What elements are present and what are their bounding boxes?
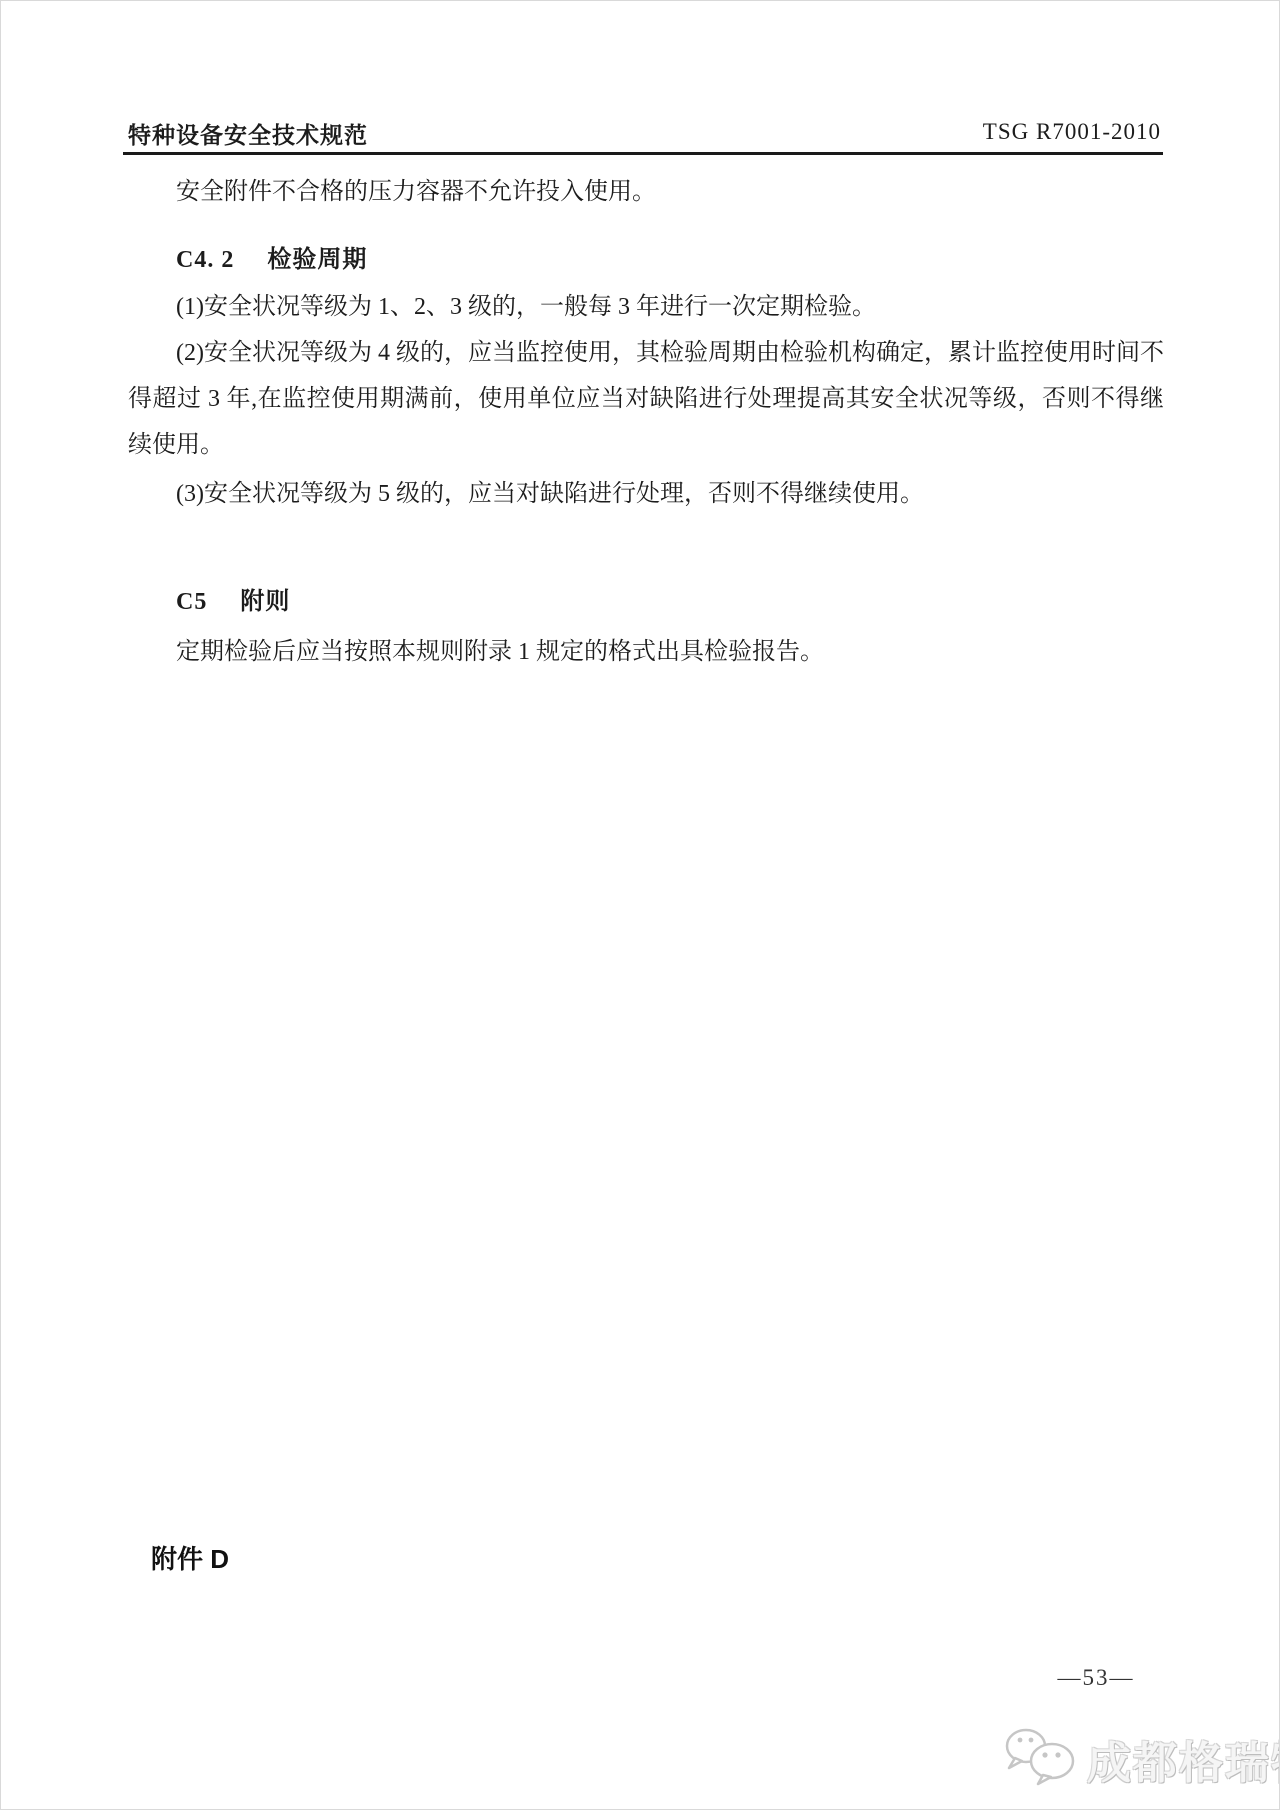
section-heading-c5: C5 附则 [128, 579, 1164, 625]
paragraph-item-2: (2)安全状况等级为 4 级的，应当监控使用，其检验周期由检验机构确定，累计监控… [128, 330, 1164, 468]
header-rule [123, 152, 1163, 155]
header-document-code: TSG R7001-2010 [983, 119, 1161, 145]
section-number-c42: C4. 2 [176, 247, 234, 273]
page-number: —53— [1046, 1665, 1146, 1691]
watermark: 成都格瑞特 [1003, 1725, 1280, 1792]
paragraph-item-1: (1)安全状况等级为 1、2、3 级的，一般每 3 年进行一次定期检验。 [128, 284, 1164, 330]
document-page: 特种设备安全技术规范 TSG R7001-2010 安全附件不合格的压力容器不允… [0, 0, 1280, 1810]
wechat-icon [1003, 1725, 1079, 1792]
paragraph-c5: 定期检验后应当按照本规则附录 1 规定的格式出具检验报告。 [128, 629, 1164, 675]
paragraph-intro: 安全附件不合格的压力容器不允许投入使用。 [128, 169, 1164, 215]
attachment-label: 附件 D [151, 1539, 229, 1576]
watermark-text: 成都格瑞特 [1087, 1727, 1280, 1791]
header-title: 特种设备安全技术规范 [128, 117, 368, 150]
section-heading-c42: C4. 2 检验周期 [128, 237, 1164, 283]
section-title-c42: 检验周期 [267, 247, 367, 273]
section-number-c5: C5 [176, 589, 207, 615]
paragraph-item-3: (3)安全状况等级为 5 级的，应当对缺陷进行处理，否则不得继续使用。 [128, 471, 1164, 517]
section-title-c5: 附则 [240, 589, 290, 615]
